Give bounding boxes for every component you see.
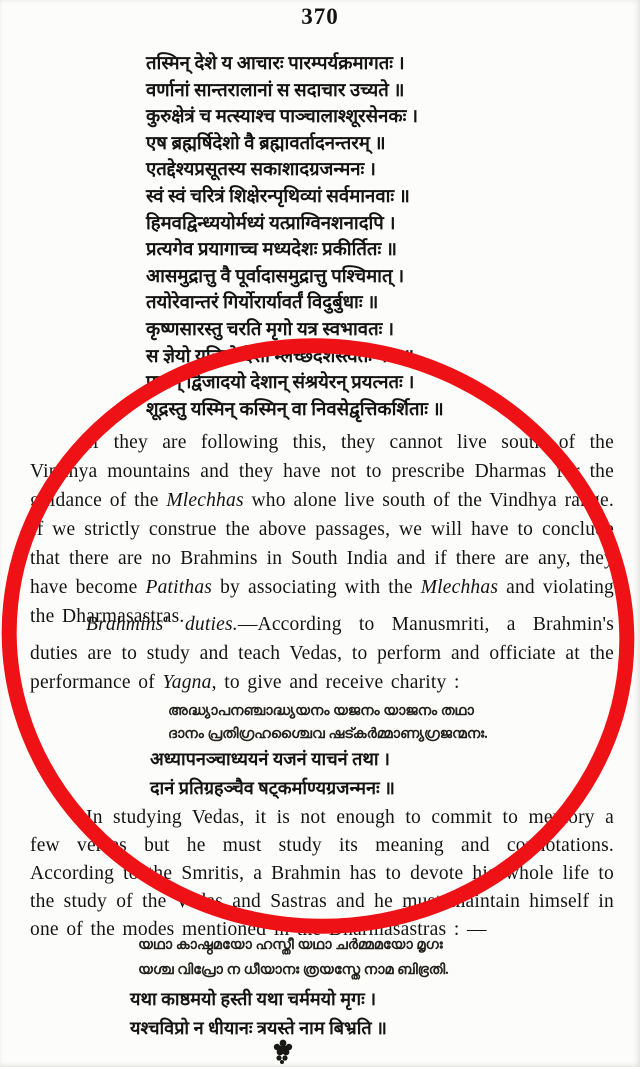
malayalam-quote-line: ദാനം പ്രതിഗ്രഹശ്ചൈവ ഷട്കർമ്മാണ്യഗ്രജന്മന… bbox=[168, 723, 488, 746]
scanned-book-page: 370 तस्मिन् देशे य आचारः पारम्पर्यक्रमाग… bbox=[0, 0, 640, 1067]
sanskrit-verse-line: हिमवद्विन्ध्ययोर्मध्यं यत्प्राग्विनशनादप… bbox=[146, 211, 444, 238]
sanskrit-verse-line: कुरुक्षेत्रं च मत्स्याश्च पाञ्चालाश्शूरस… bbox=[146, 104, 444, 131]
sanskrit-quote-line: यथा काष्ठमयो हस्ती यथा चर्ममयो मृगः । bbox=[130, 985, 387, 1014]
sanskrit-verse-line: स ज्ञेयो यज्ञियो देशो म्लेच्छदेशस्त्वतः … bbox=[146, 344, 444, 371]
sanskrit-verse-line: एतान् द्विजादयो देशान् संश्रयेरन् प्रयत्… bbox=[146, 370, 444, 397]
malayalam-quote-block: അദ്ധ്യാപനഞ്ചാദ്ധ്യയനം യജനം യാജനം തഥാ ദാന… bbox=[168, 700, 488, 746]
sanskrit-quote-block-2: यथा काष्ठमयो हस्ती यथा चर्ममयो मृगः । यश… bbox=[130, 985, 387, 1042]
sanskrit-verse-block: तस्मिन् देशे य आचारः पारम्पर्यक्रमागतः ।… bbox=[146, 51, 444, 423]
english-paragraph-vindhya: If they are following this, they cannot … bbox=[30, 428, 614, 631]
sanskrit-quote-line: अध्यापनञ्चाध्ययनं यजनं याचनं तथा । bbox=[150, 745, 395, 774]
sanskrit-verse-line: वर्णानां सान्तरालानां स सदाचार उच्यते ॥ bbox=[146, 78, 444, 105]
sanskrit-verse-line: तयोरेवान्तरं गिर्योरार्यावर्तं विदुर्बुध… bbox=[146, 290, 444, 317]
flower-ornament-icon bbox=[270, 1037, 296, 1067]
malayalam-quote-line: യഥാ കാഷ്ഠമയോ ഹസ്തീ യഥാ ചർമ്മമയോ മൃഗഃ bbox=[138, 933, 449, 958]
page-number: 370 bbox=[0, 4, 640, 30]
english-paragraph-brahmins-duties: Brahmins' duties.—According to Manusmrit… bbox=[30, 610, 614, 697]
english-paragraph-studying-vedas: In studying Vedas, it is not enough to c… bbox=[30, 804, 614, 944]
sanskrit-verse-line: स्वं स्वं चरित्रं शिक्षेरन्पृथिव्यां सर्… bbox=[146, 184, 444, 211]
sanskrit-quote-line: यश्चविप्रो न धीयानः त्रयस्ते नाम बिभ्रति… bbox=[130, 1014, 387, 1043]
malayalam-quote-block-2: യഥാ കാഷ്ഠമയോ ഹസ്തീ യഥാ ചർമ്മമയോ മൃഗഃ യശ്… bbox=[138, 933, 449, 983]
sanskrit-quote-block: अध्यापनञ्चाध्ययनं यजनं याचनं तथा । दानं … bbox=[150, 745, 395, 802]
sanskrit-quote-line: दानं प्रतिग्रहञ्चैव षट्कर्माण्यग्रजन्मनः… bbox=[150, 774, 395, 803]
sanskrit-verse-line: तस्मिन् देशे य आचारः पारम्पर्यक्रमागतः । bbox=[146, 51, 444, 78]
sanskrit-verse-line: कृष्णसारस्तु चरति मृगो यत्र स्वभावतः । bbox=[146, 317, 444, 344]
malayalam-quote-line: അദ്ധ്യാപനഞ്ചാദ്ധ്യയനം യജനം യാജനം തഥാ bbox=[168, 700, 488, 723]
sanskrit-verse-line: शूद्रस्तु यस्मिन् कस्मिन् वा निवसेद्वृत्… bbox=[146, 397, 444, 424]
sanskrit-verse-line: एतद्देश्यप्रसूतस्य सकाशादग्रजन्मनः । bbox=[146, 157, 444, 184]
sanskrit-verse-line: एष ब्रह्मर्षिदेशो वै ब्रह्मावर्तादनन्तरम… bbox=[146, 131, 444, 158]
sanskrit-verse-line: आसमुद्रात्तु वै पूर्वादासमुद्रात्तु पश्च… bbox=[146, 264, 444, 291]
sanskrit-verse-line: प्रत्यगेव प्रयागाच्च मध्यदेशः प्रकीर्तित… bbox=[146, 237, 444, 264]
malayalam-quote-line: യശ്ച വിപ്രോ ന ധീയാനഃ ത്രയസ്തേ നാമ ബിഭ്രത… bbox=[138, 958, 449, 983]
